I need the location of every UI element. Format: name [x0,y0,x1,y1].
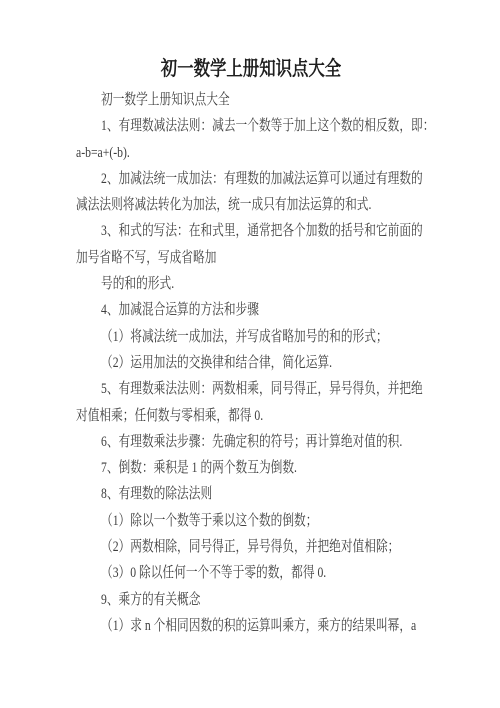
document-line: 3、和式的写法：在和式里，通常把各个加数的括号和它前面的 [76,218,500,244]
document-line: a-b=a+(-b). [76,140,500,166]
document-line: （2）运用加法的交换律和结合律，简化运算. [76,350,500,376]
document-line: 6、有理数乘法步骤：先确定积的符号；再计算绝对值的积. [76,429,500,455]
document-line: 1、有理数减法法则：减去一个数等于加上这个数的相反数，即： [76,113,500,139]
document-line: 9、乘方的有关概念 [76,587,500,613]
document-line: 2、加减法统一成加法：有理数的加减法运算可以通过有理数的 [76,166,500,192]
document-line: （2）两数相除，同号得正，异号得负，并把绝对值相除； [76,534,500,560]
document-line: 号的和的形式. [76,271,500,297]
document-line: 加号省略不写，写成省略加 [76,245,500,271]
document-line: 4、加减混合运算的方法和步骤 [76,297,500,323]
document-line: （3）0 除以任何一个不等于零的数，都得 0. [76,560,500,586]
document-line: 5、有理数乘法法则：两数相乘，同号得正，异号得负，并把绝 [76,376,500,402]
document-page: 初一数学上册知识点大全 初一数学上册知识点大全 1、有理数减法法则：减去一个数等… [0,0,500,708]
document-line: 8、有理数的除法法则 [76,481,500,507]
document-body: 初一数学上册知识点大全 1、有理数减法法则：减去一个数等于加上这个数的相反数，即… [76,87,500,639]
document-line: （1）求 n 个相同因数的积的运算叫乘方，乘方的结果叫幂，a [76,613,500,639]
document-line: 减法法则将减法转化为加法，统一成只有加法运算的和式. [76,192,500,218]
document-line: 7、倒数：乘积是 1 的两个数互为倒数. [76,455,500,481]
document-title: 初一数学上册知识点大全 [76,56,426,82]
document-line: 初一数学上册知识点大全 [76,87,500,113]
document-line: 对值相乘；任何数与零相乘，都得 0. [76,403,500,429]
document-line: （1）除以一个数等于乘以这个数的倒数； [76,508,500,534]
document-line: （1）将减法统一成加法，并写成省略加号的和的形式； [76,324,500,350]
document-title-text: 初一数学上册知识点大全 [161,56,341,82]
